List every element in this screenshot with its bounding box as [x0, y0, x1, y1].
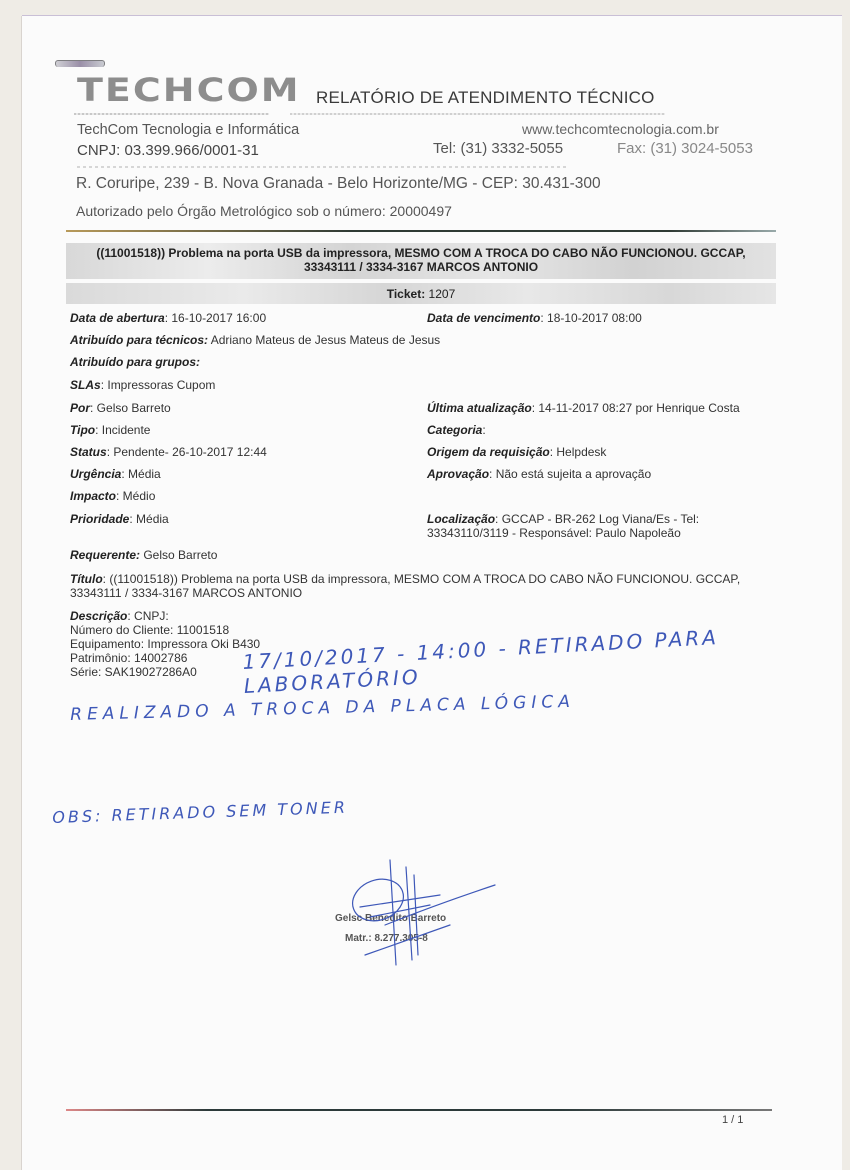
descricao-line: Patrimônio: 14002786: [70, 651, 260, 665]
ticket-label: Ticket:: [387, 287, 425, 301]
footer-rule: [66, 1109, 772, 1111]
field-impacto: Impacto: Médio: [70, 489, 155, 503]
title-underline: [290, 113, 665, 115]
descricao-line: Equipamento: Impressora Oki B430: [70, 637, 260, 651]
descricao-line: Série: SAK19027286A0: [70, 665, 260, 679]
field-status: Status: Pendente- 26-10-2017 12:44: [70, 445, 267, 459]
field-por: Por: Gelso Barreto: [70, 401, 171, 415]
company-website: www.techcomtecnologia.com.br: [522, 121, 719, 137]
field-tipo: Tipo: Incidente: [70, 423, 150, 437]
header-rule: [66, 230, 776, 232]
report-title: RELATÓRIO DE ATENDIMENTO TÉCNICO: [316, 88, 655, 108]
field-slas: SLAs: Impressoras Cupom: [70, 378, 215, 392]
company-address: R. Coruripe, 239 - B. Nova Granada - Bel…: [76, 175, 601, 193]
field-urgencia: Urgência: Média: [70, 467, 161, 481]
banner-line-1: ((11001518)) Problema na porta USB da im…: [66, 246, 776, 260]
company-cnpj: CNPJ: 03.399.966/0001-31: [77, 142, 259, 159]
field-data-abertura: Data de abertura: 16-10-2017 16:00: [70, 311, 266, 325]
descricao-line: Número do Cliente: 11001518: [70, 623, 260, 637]
ticket-banner-title: ((11001518)) Problema na porta USB da im…: [66, 246, 776, 274]
company-fax: Fax: (31) 3024-5053: [617, 140, 753, 157]
field-aprovacao: Aprovação: Não está sujeita a aprovação: [427, 467, 651, 481]
metrology-authorization: Autorizado pelo Órgão Metrológico sob o …: [76, 203, 452, 219]
field-origem: Origem da requisição: Helpdesk: [427, 445, 606, 459]
signature-icon: [330, 855, 500, 975]
banner-line-2: 33343111 / 3334-3167 MARCOS ANTONIO: [66, 260, 776, 274]
header-divider: [77, 166, 567, 168]
field-grupos: Atribuído para grupos:: [70, 355, 200, 369]
page-number: 1 / 1: [722, 1114, 743, 1126]
field-requerente: Requerente: Gelso Barreto: [70, 548, 217, 562]
ticket-value: 1207: [429, 287, 456, 301]
field-descricao: Descrição: CNPJ: Número do Cliente: 1100…: [70, 609, 260, 679]
company-phone: Tel: (31) 3332-5055: [433, 140, 563, 157]
field-localizacao: Localização: GCCAP - BR-262 Log Viana/Es…: [427, 512, 699, 540]
company-logo: TECHCOM: [77, 74, 301, 106]
field-tecnicos: Atribuído para técnicos: Adriano Mateus …: [70, 333, 440, 347]
field-data-vencimento: Data de vencimento: 18-10-2017 08:00: [427, 311, 642, 325]
staple-icon: [55, 60, 105, 67]
ticket-number: Ticket: 1207: [66, 287, 776, 301]
field-categoria: Categoria:: [427, 423, 486, 437]
company-name: TechCom Tecnologia e Informática: [77, 122, 299, 138]
field-ultima-atualizacao: Última atualização: 14-11-2017 08:27 por…: [427, 401, 740, 415]
field-titulo: Título: ((11001518)) Problema na porta U…: [70, 572, 780, 600]
field-prioridade: Prioridade: Média: [70, 512, 169, 526]
logo-underline: [74, 113, 269, 115]
